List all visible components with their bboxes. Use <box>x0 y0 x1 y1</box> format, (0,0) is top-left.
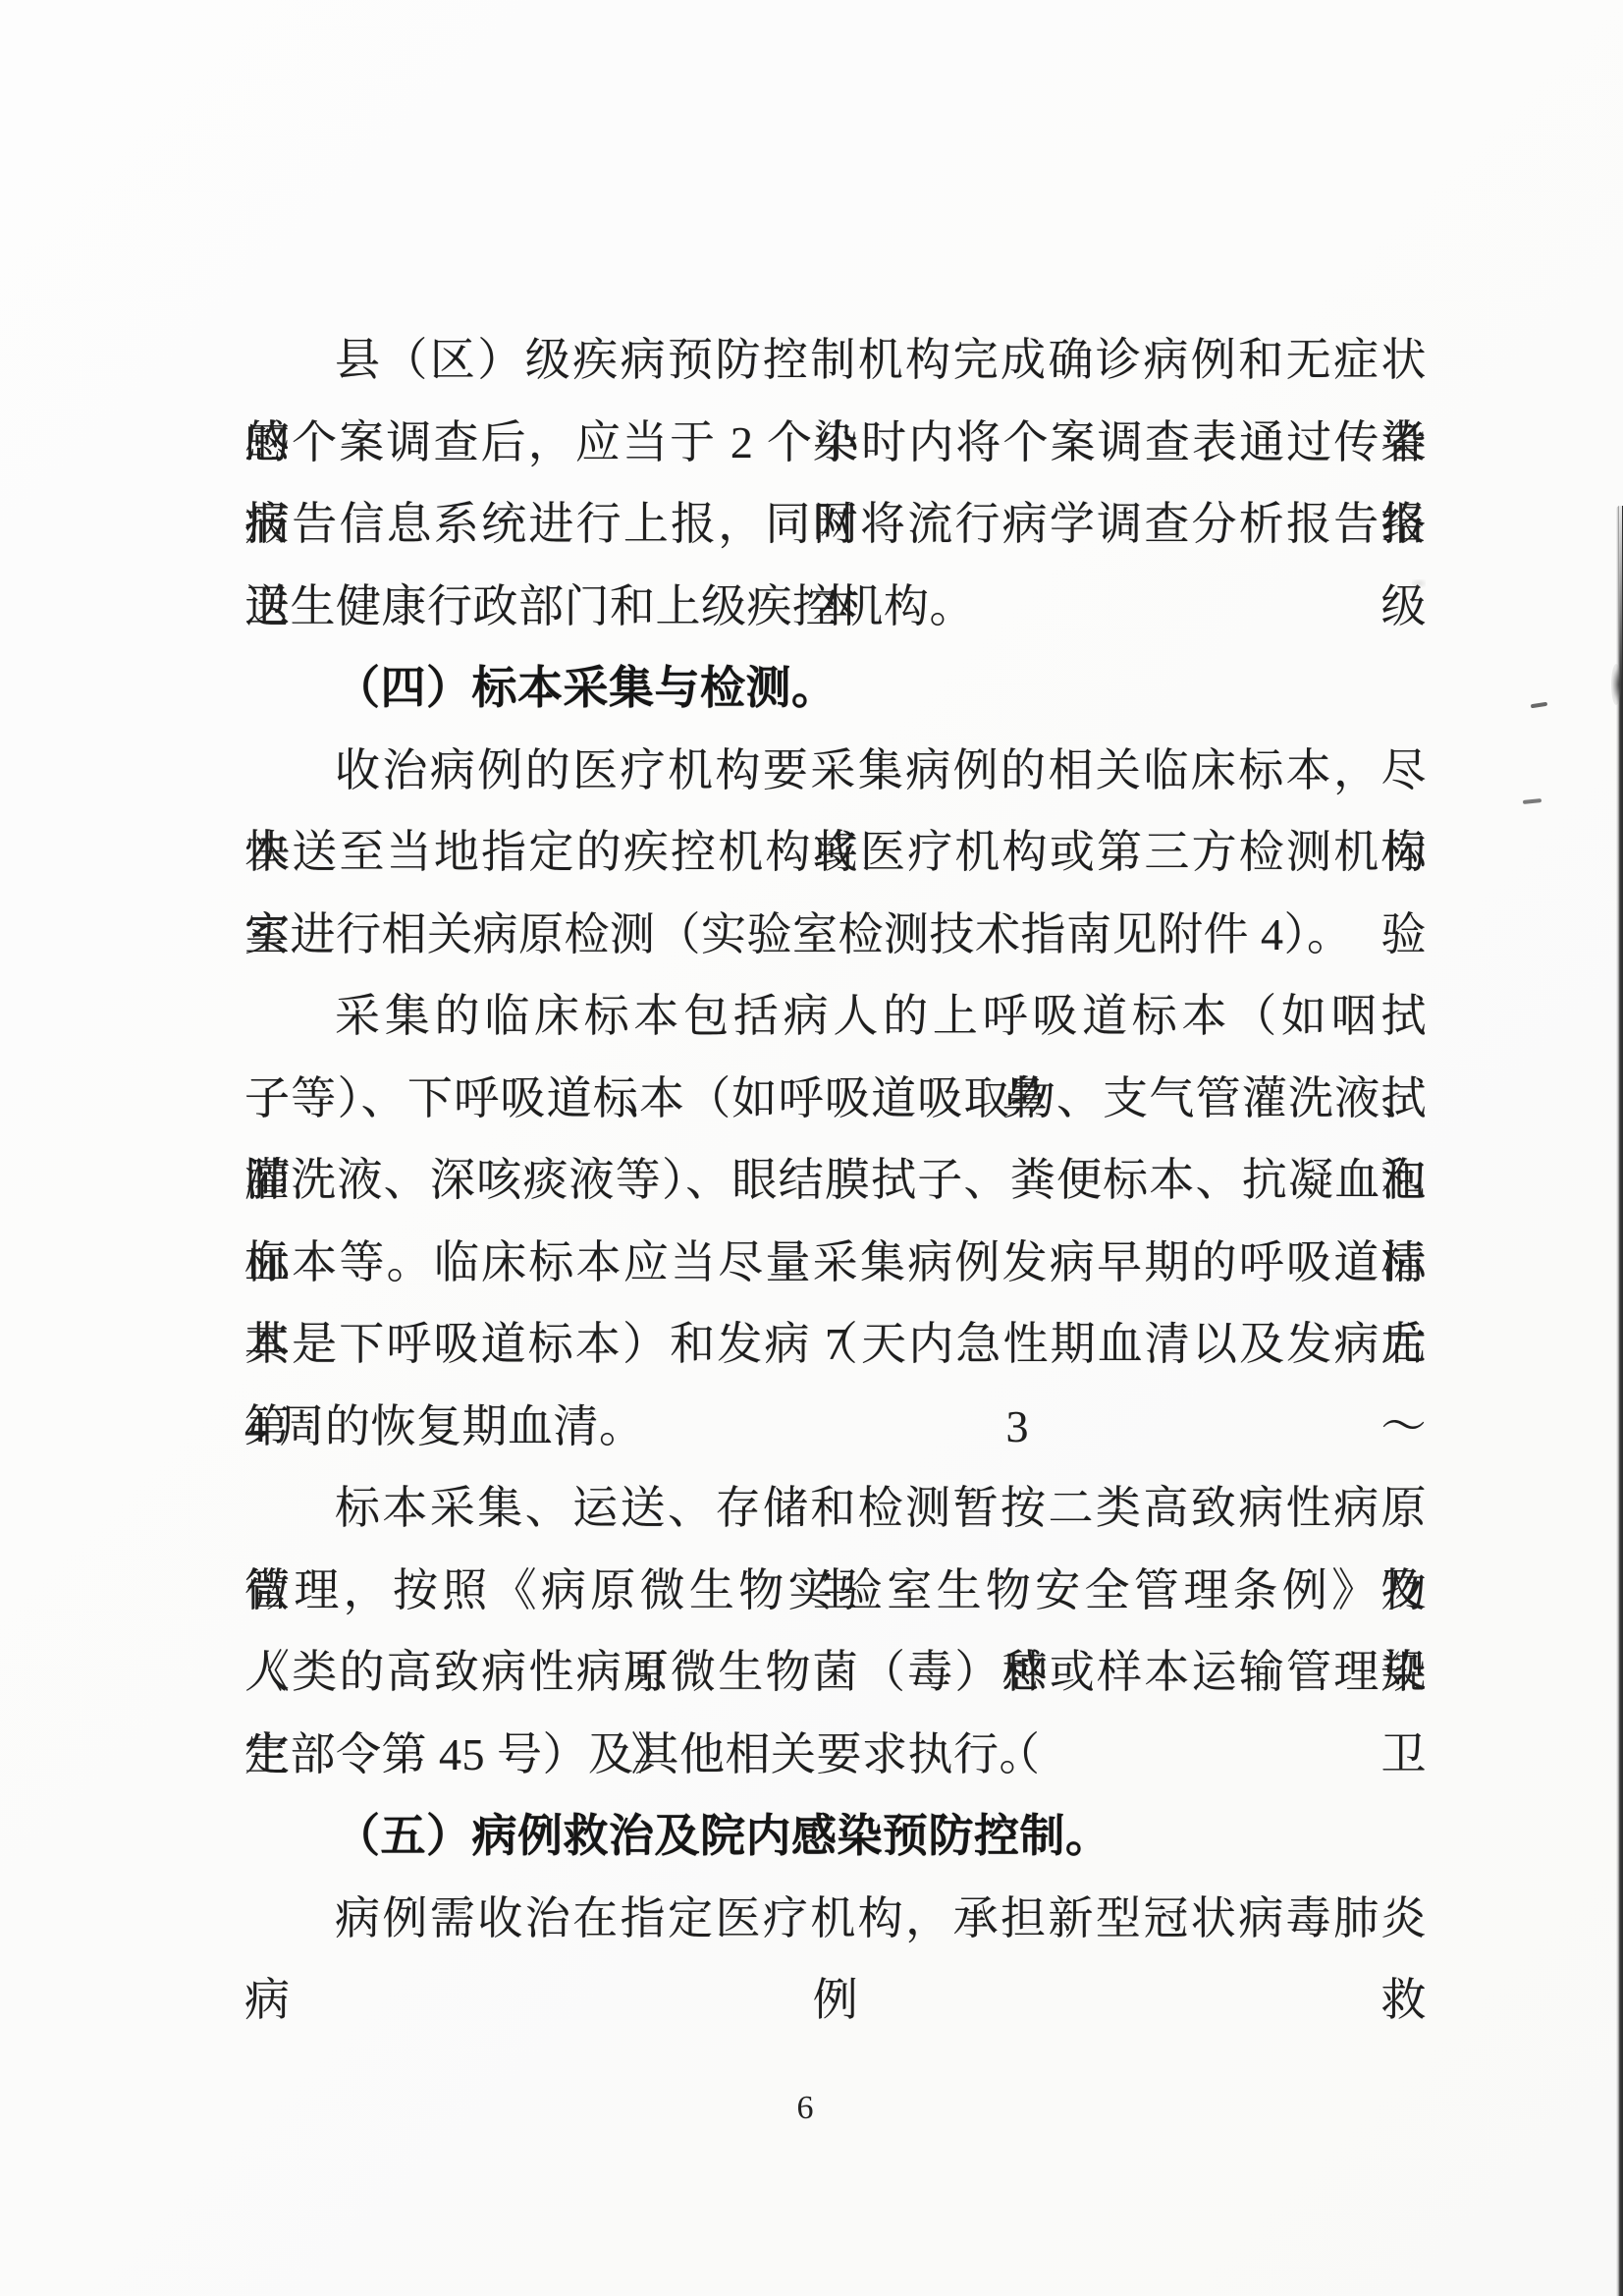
text-line: 收治病例的医疗机构要采集病例的相关临床标本，尽快将标 <box>244 730 1427 812</box>
text-line: 本送至当地指定的疾控机构或医疗机构或第三方检测机构实验 <box>244 811 1427 894</box>
text-line: 标本采集、运送、存储和检测暂按二类高致病性病原微生物 <box>244 1467 1427 1550</box>
text-line: 标本等。临床标本应当尽量采集病例发病早期的呼吸道标本（尤 <box>244 1222 1427 1304</box>
text-line: 管理，按照《病原微生物实验室生物安全管理条例》及《可感染 <box>244 1550 1427 1632</box>
section-heading: （四）标本采集与检测。 <box>244 647 1427 730</box>
document-page: 县（区）级疾病预防控制机构完成确诊病例和无症状感染者的个案调查后，应当于 2 个… <box>0 0 1623 2296</box>
scan-edge-blob <box>1611 664 1621 705</box>
text-line: 县（区）级疾病预防控制机构完成确诊病例和无症状感染者 <box>244 319 1427 402</box>
text-column: 县（区）级疾病预防控制机构完成确诊病例和无症状感染者的个案调查后，应当于 2 个… <box>244 319 1427 1959</box>
scan-edge-streak <box>1616 506 1623 2296</box>
text-line: 子等）、下呼吸道标本（如呼吸道吸取物、支气管灌洗液、肺泡 <box>244 1058 1427 1140</box>
text-line: 采集的临床标本包括病人的上呼吸道标本（如咽拭子、鼻拭 <box>244 975 1427 1058</box>
text-line: 人类的高致病性病原微生物菌（毒）种或样本运输管理规定》（卫 <box>244 1631 1427 1714</box>
text-line: 报告信息系统进行上报，同时将流行病学调查分析报告报送本级 <box>244 483 1427 566</box>
text-line: 其是下呼吸道标本）和发病 7 天内急性期血清以及发病后第 3～ <box>244 1303 1427 1386</box>
text-line: 的个案调查后，应当于 2 个小时内将个案调查表通过传染病网络 <box>244 402 1427 484</box>
scan-edge-streak-fade <box>1619 506 1622 683</box>
page-number: 6 <box>0 2090 1610 2127</box>
scan-pen-mark-2 <box>1523 798 1542 804</box>
scan-pen-mark-1 <box>1531 702 1547 709</box>
section-heading: （五）病例救治及院内感染预防控制。 <box>244 1795 1427 1878</box>
text-line: 病例需收治在指定医疗机构，承担新型冠状病毒肺炎病例救 <box>244 1878 1427 1960</box>
text-line: 室进行相关病原检测（实验室检测技术指南见附件 4）。 <box>244 894 1427 976</box>
scan-smudge <box>1412 579 1426 587</box>
text-line: 灌洗液、深咳痰液等）、眼结膜拭子、粪便标本、抗凝血和血清 <box>244 1139 1427 1222</box>
